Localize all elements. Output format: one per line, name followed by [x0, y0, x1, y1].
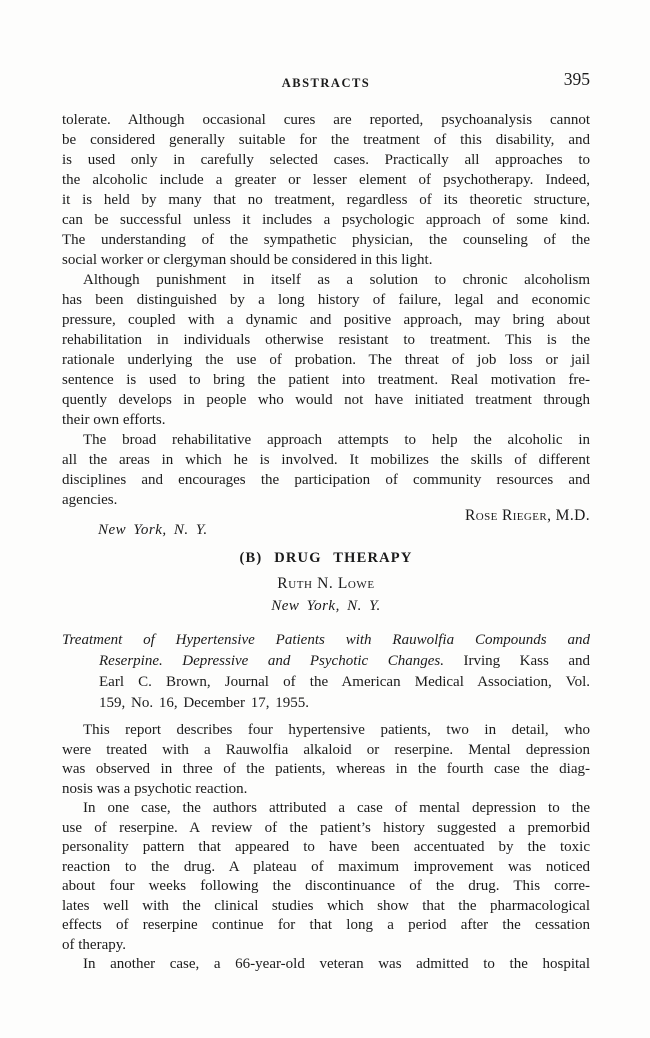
- text-line: be considered generally suitable for the…: [62, 130, 590, 150]
- text-line: it is held by many that no treatment, re…: [62, 190, 590, 210]
- citation-line: Earl C. Brown, Journal of the American M…: [62, 672, 590, 693]
- abstract-rieger-body: tolerate. Although occasional cures are …: [62, 110, 590, 510]
- text-line: the alcoholic include a greater or lesse…: [62, 170, 590, 190]
- text-line: quently develops in people who would not…: [62, 390, 590, 410]
- section-author-location: New York, N. Y.: [62, 596, 590, 616]
- paragraph: In another case, a 66-year-old veteran w…: [62, 955, 590, 975]
- citation-title-part: Treatment of Hypertensive Patients with …: [62, 632, 590, 648]
- text-line: reaction to the drug. A plateau of maxim…: [62, 858, 590, 878]
- paragraph: The broad rehabilitative approach attemp…: [62, 430, 590, 510]
- text-line: Although punishment in itself as a solut…: [62, 270, 590, 290]
- text-line: about four weeks following the discontin…: [62, 877, 590, 897]
- text-line: tolerate. Although occasional cures are …: [62, 110, 590, 130]
- citation-title-part: Reserpine. Depressive and Psychotic Chan…: [99, 653, 444, 669]
- running-title: ABSTRACTS: [282, 76, 371, 91]
- text-line: rehabilitation in individuals otherwise …: [62, 330, 590, 350]
- text-line: In another case, a 66-year-old veteran w…: [62, 955, 590, 975]
- citation-block: Treatment of Hypertensive Patients with …: [62, 630, 590, 714]
- text-line: use of reserpine. A review of the patien…: [62, 819, 590, 839]
- section-heading: (B) DRUG THERAPY: [62, 548, 590, 568]
- text-column: tolerate. Although occasional cures are …: [62, 110, 590, 975]
- text-line: were treated with a Rauwolfia alkaloid o…: [62, 741, 590, 761]
- text-line: sentence is used to bring the patient in…: [62, 370, 590, 390]
- text-line: This report describes four hypertensive …: [62, 721, 590, 741]
- text-line: disciplines and encourages the participa…: [62, 470, 590, 490]
- citation-source-part: 159, No. 16, December 17, 1955.: [99, 695, 309, 711]
- abstract-rieger: tolerate. Although occasional cures are …: [62, 110, 590, 540]
- journal-page: ABSTRACTS 395 tolerate. Although occasio…: [0, 0, 650, 1038]
- page-header: ABSTRACTS 395: [62, 72, 590, 94]
- text-line: effects of reserpine continue for that l…: [62, 916, 590, 936]
- citation-line: Treatment of Hypertensive Patients with …: [62, 630, 590, 651]
- citation-line: Reserpine. Depressive and Psychotic Chan…: [62, 651, 590, 672]
- abstract-kass: This report describes four hypertensive …: [62, 721, 590, 975]
- text-line: The understanding of the sympathetic phy…: [62, 230, 590, 250]
- text-line: of therapy.: [62, 936, 590, 956]
- text-line: social worker or clergyman should be con…: [62, 250, 590, 270]
- paragraph: In one case, the authors attributed a ca…: [62, 799, 590, 955]
- page-number: 395: [564, 69, 590, 90]
- text-line: rationale underlying the use of probatio…: [62, 350, 590, 370]
- paragraph: Although punishment in itself as a solut…: [62, 270, 590, 430]
- drug-therapy-section-header: (B) DRUG THERAPY Ruth N. Lowe New York, …: [62, 548, 590, 616]
- text-line: In one case, the authors attributed a ca…: [62, 799, 590, 819]
- text-line: personality pattern that appeared to hav…: [62, 838, 590, 858]
- text-line: nosis was a psychotic reaction.: [62, 780, 590, 800]
- text-line: The broad rehabilitative approach attemp…: [62, 430, 590, 450]
- abstract-kass-body: This report describes four hypertensive …: [62, 721, 590, 975]
- citation-source-part: Irving Kass and: [463, 653, 590, 669]
- text-line: was observed in three of the patients, w…: [62, 760, 590, 780]
- text-line: has been distinguished by a long history…: [62, 290, 590, 310]
- text-line: pressure, coupled with a dynamic and pos…: [62, 310, 590, 330]
- text-line: their own efforts.: [62, 410, 590, 430]
- paragraph: tolerate. Although occasional cures are …: [62, 110, 590, 270]
- citation-line: 159, No. 16, December 17, 1955.: [62, 693, 590, 714]
- text-line: all the areas in which he is involved. I…: [62, 450, 590, 470]
- section-author: Ruth N. Lowe: [62, 574, 590, 594]
- citation-source-part: Earl C. Brown, Journal of the American M…: [99, 674, 590, 690]
- text-line: lates well with the clinical studies whi…: [62, 897, 590, 917]
- text-line: can be successful unless it includes a p…: [62, 210, 590, 230]
- paragraph: This report describes four hypertensive …: [62, 721, 590, 799]
- text-line: is used only in carefully selected cases…: [62, 150, 590, 170]
